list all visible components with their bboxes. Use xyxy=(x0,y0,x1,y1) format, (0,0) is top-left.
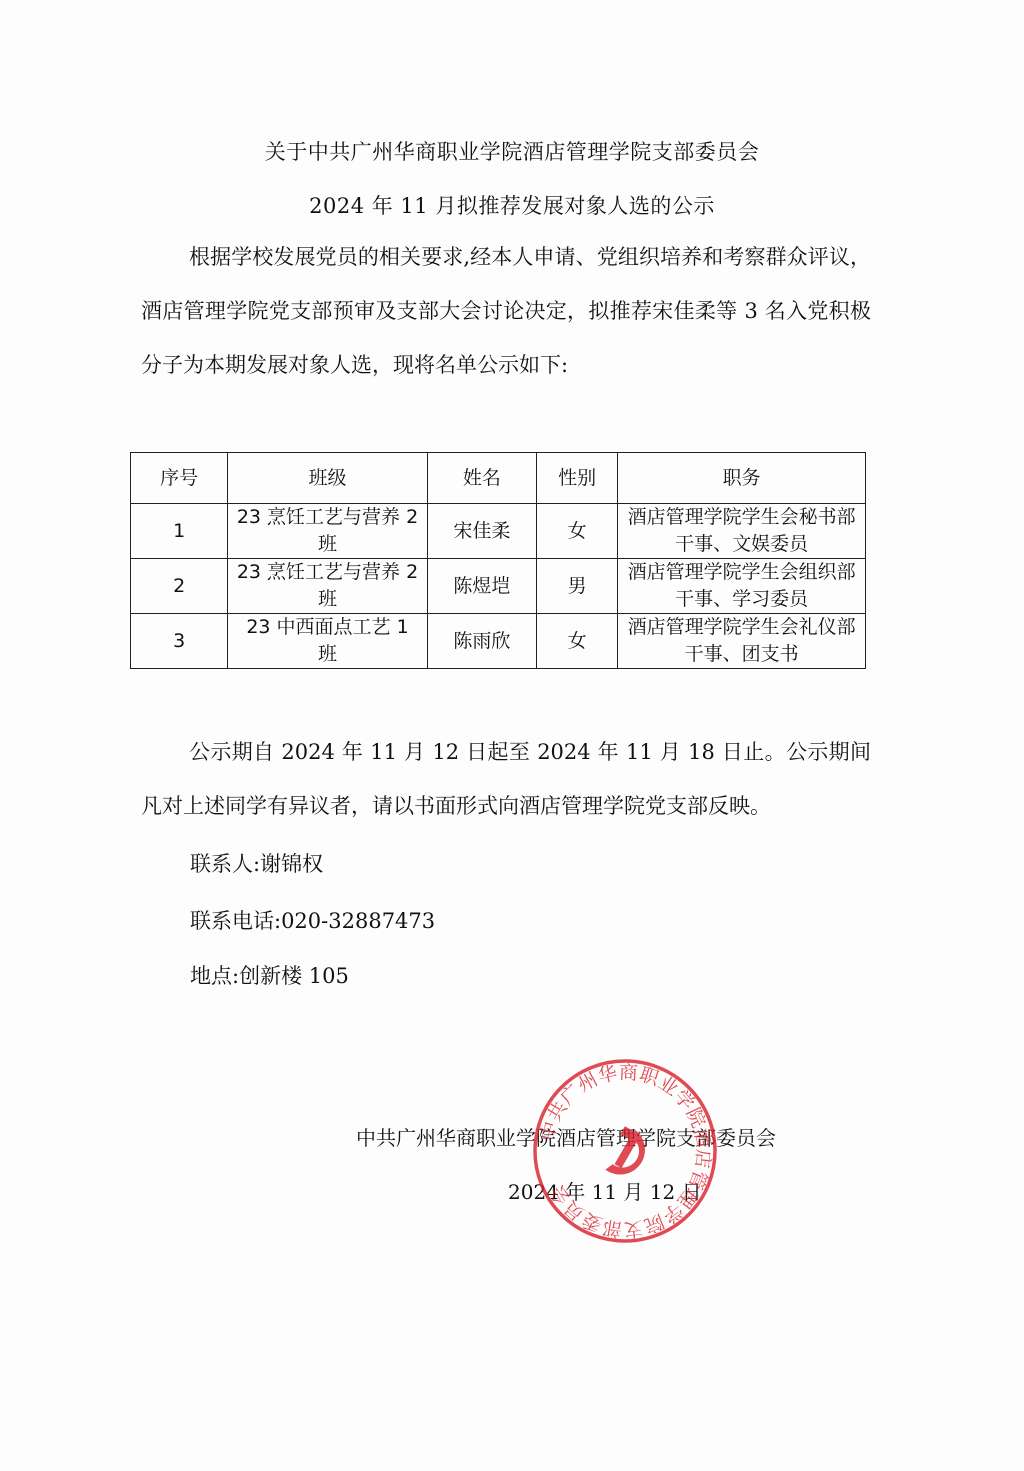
table-row: 3 23 中西面点工艺 1 班 陈雨欣 女 酒店管理学院学生会礼仪部干事、团支书 xyxy=(131,614,866,669)
cell-position: 酒店管理学院学生会秘书部干事、文娱委员 xyxy=(618,504,866,559)
header-gender: 性别 xyxy=(537,453,618,504)
cell-name: 宋佳柔 xyxy=(427,504,536,559)
cell-gender: 男 xyxy=(537,559,618,614)
document-title-line1: 关于中共广州华商职业学院酒店管理学院支部委员会 xyxy=(0,136,1024,166)
header-class: 班级 xyxy=(228,453,428,504)
contact-phone: 联系电话:020-32887473 xyxy=(190,905,435,935)
period-paragraph: 公示期自 2024 年 11 月 12 日起至 2024 年 11 月 18 日… xyxy=(141,725,871,833)
cell-gender: 女 xyxy=(537,614,618,669)
cell-position: 酒店管理学院学生会礼仪部干事、团支书 xyxy=(618,614,866,669)
cell-index: 1 xyxy=(131,504,228,559)
document-title-line2: 2024 年 11 月拟推荐发展对象人选的公示 xyxy=(0,190,1024,220)
intro-paragraph: 根据学校发展党员的相关要求,经本人申请、党组织培养和考察群众评议，酒店管理学院党… xyxy=(141,230,871,392)
table-row: 2 23 烹饪工艺与营养 2 班 陈煜垲 男 酒店管理学院学生会组织部干事、学习… xyxy=(131,559,866,614)
cell-gender: 女 xyxy=(537,504,618,559)
contact-person: 联系人:谢锦权 xyxy=(190,848,323,878)
svg-text:中共广州华商职业学院酒店管理学院支部委员会: 中共广州华商职业学院酒店管理学院支部委员会 xyxy=(536,1062,714,1241)
document-page: 关于中共广州华商职业学院酒店管理学院支部委员会 2024 年 11 月拟推荐发展… xyxy=(0,0,1024,1471)
table-header-row: 序号 班级 姓名 性别 职务 xyxy=(131,453,866,504)
cell-name: 陈雨欣 xyxy=(427,614,536,669)
cell-class: 23 中西面点工艺 1 班 xyxy=(228,614,428,669)
signature-date: 2024 年 11 月 12 日 xyxy=(508,1176,702,1205)
signature-org: 中共广州华商职业学院酒店管理学院支部委员会 xyxy=(356,1122,776,1151)
cell-class: 23 烹饪工艺与营养 2 班 xyxy=(228,504,428,559)
header-name: 姓名 xyxy=(427,453,536,504)
stamp-ring-text: 中共广州华商职业学院酒店管理学院支部委员会 xyxy=(536,1062,714,1241)
table-row: 1 23 烹饪工艺与营养 2 班 宋佳柔 女 酒店管理学院学生会秘书部干事、文娱… xyxy=(131,504,866,559)
cell-index: 2 xyxy=(131,559,228,614)
cell-position: 酒店管理学院学生会组织部干事、学习委员 xyxy=(618,559,866,614)
cell-name: 陈煜垲 xyxy=(427,559,536,614)
candidate-table: 序号 班级 姓名 性别 职务 1 23 烹饪工艺与营养 2 班 宋佳柔 女 酒店… xyxy=(130,452,866,669)
header-index: 序号 xyxy=(131,453,228,504)
cell-index: 3 xyxy=(131,614,228,669)
cell-class: 23 烹饪工艺与营养 2 班 xyxy=(228,559,428,614)
header-position: 职务 xyxy=(618,453,866,504)
official-seal-icon: 中共广州华商职业学院酒店管理学院支部委员会 xyxy=(530,1056,720,1246)
location: 地点:创新楼 105 xyxy=(190,960,349,990)
